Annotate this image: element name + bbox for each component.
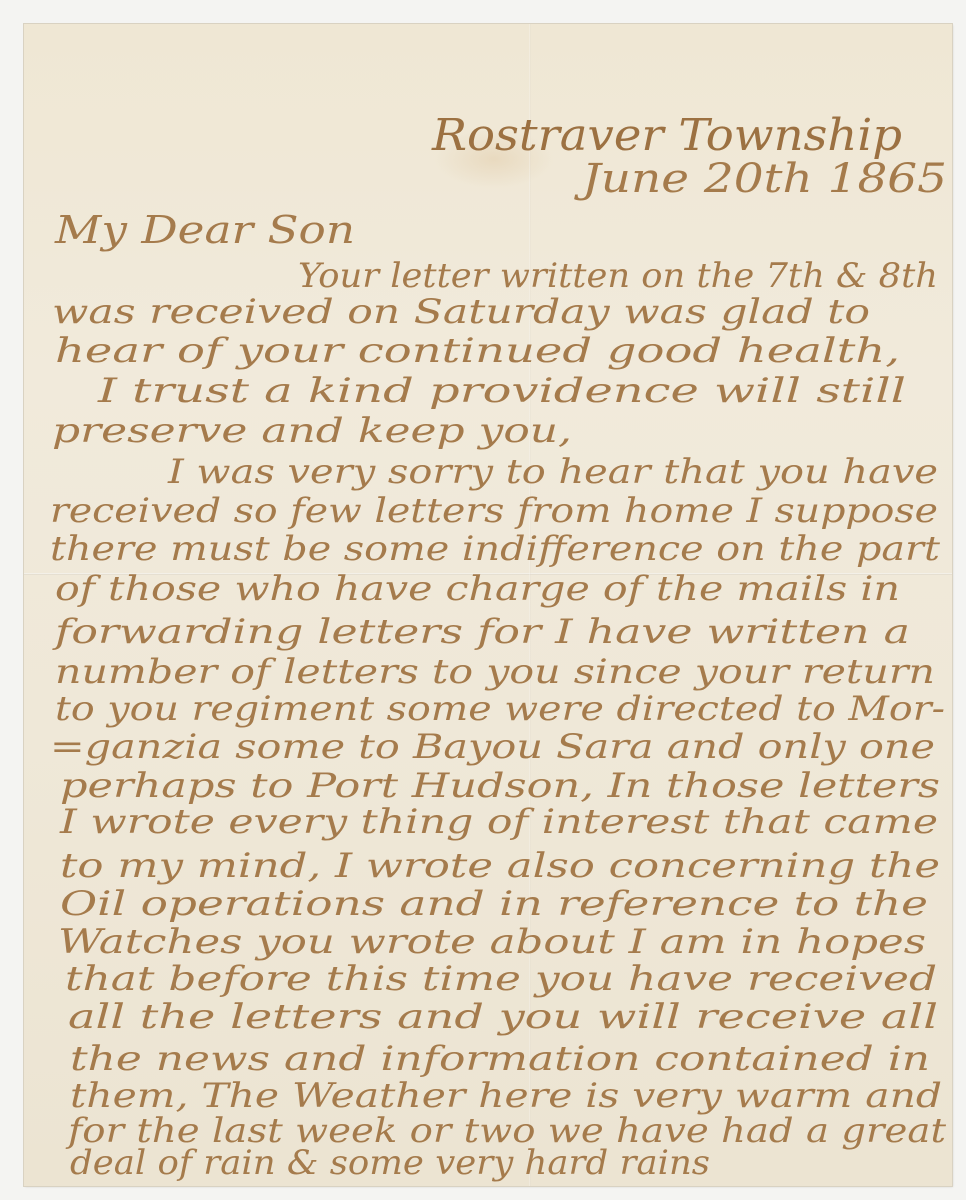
letter-place: Rostraver Township bbox=[431, 110, 902, 161]
letter-line: hear of your continued good health, bbox=[55, 331, 900, 371]
letter-line: Oil operations and in reference to the bbox=[60, 884, 928, 924]
letter-date: June 20th 1865 bbox=[574, 156, 947, 202]
letter-line: I trust a kind providence will still bbox=[97, 371, 906, 411]
letter-line: preserve and keep you, bbox=[52, 411, 572, 451]
letter-line: forwarding letters for I have written a bbox=[51, 612, 910, 652]
letter-line: that before this time you have received bbox=[65, 959, 937, 999]
letter-line: perhaps to Port Hudson, In those letters bbox=[60, 766, 940, 806]
letter-line: the news and information contained in bbox=[70, 1039, 930, 1079]
letter-line: Watches you wrote about I am in hopes bbox=[58, 922, 926, 962]
scanned-page: Rostraver Township June 20th 1865 My Dea… bbox=[0, 0, 966, 1200]
letter-line: to you regiment some were directed to Mo… bbox=[55, 689, 945, 729]
handwriting-layer: Rostraver Township June 20th 1865 My Dea… bbox=[0, 0, 966, 1200]
letter-line: number of letters to you since your retu… bbox=[55, 652, 935, 692]
letter-salutation: My Dear Son bbox=[54, 208, 355, 252]
letter-line: I was very sorry to hear that you have bbox=[167, 452, 938, 492]
letter-line: I wrote every thing of interest that cam… bbox=[59, 802, 938, 842]
letter-line: of those who have charge of the mails in bbox=[55, 569, 900, 609]
letter-line: to my mind, I wrote also concerning the bbox=[60, 846, 940, 886]
letter-line: there must be some indifference on the p… bbox=[50, 529, 940, 569]
letter-line: was received on Saturday was glad to bbox=[52, 292, 870, 332]
letter-line: deal of rain & some very hard rains bbox=[70, 1143, 710, 1183]
letter-line: them, The Weather here is very warm and bbox=[70, 1076, 942, 1116]
letter-line: Your letter written on the 7th & 8th bbox=[298, 256, 938, 296]
letter-line: all the letters and you will receive all bbox=[68, 997, 938, 1037]
letter-line: =ganzia some to Bayou Sara and only one bbox=[50, 727, 935, 767]
letter-line: received so few letters from home I supp… bbox=[50, 491, 938, 531]
